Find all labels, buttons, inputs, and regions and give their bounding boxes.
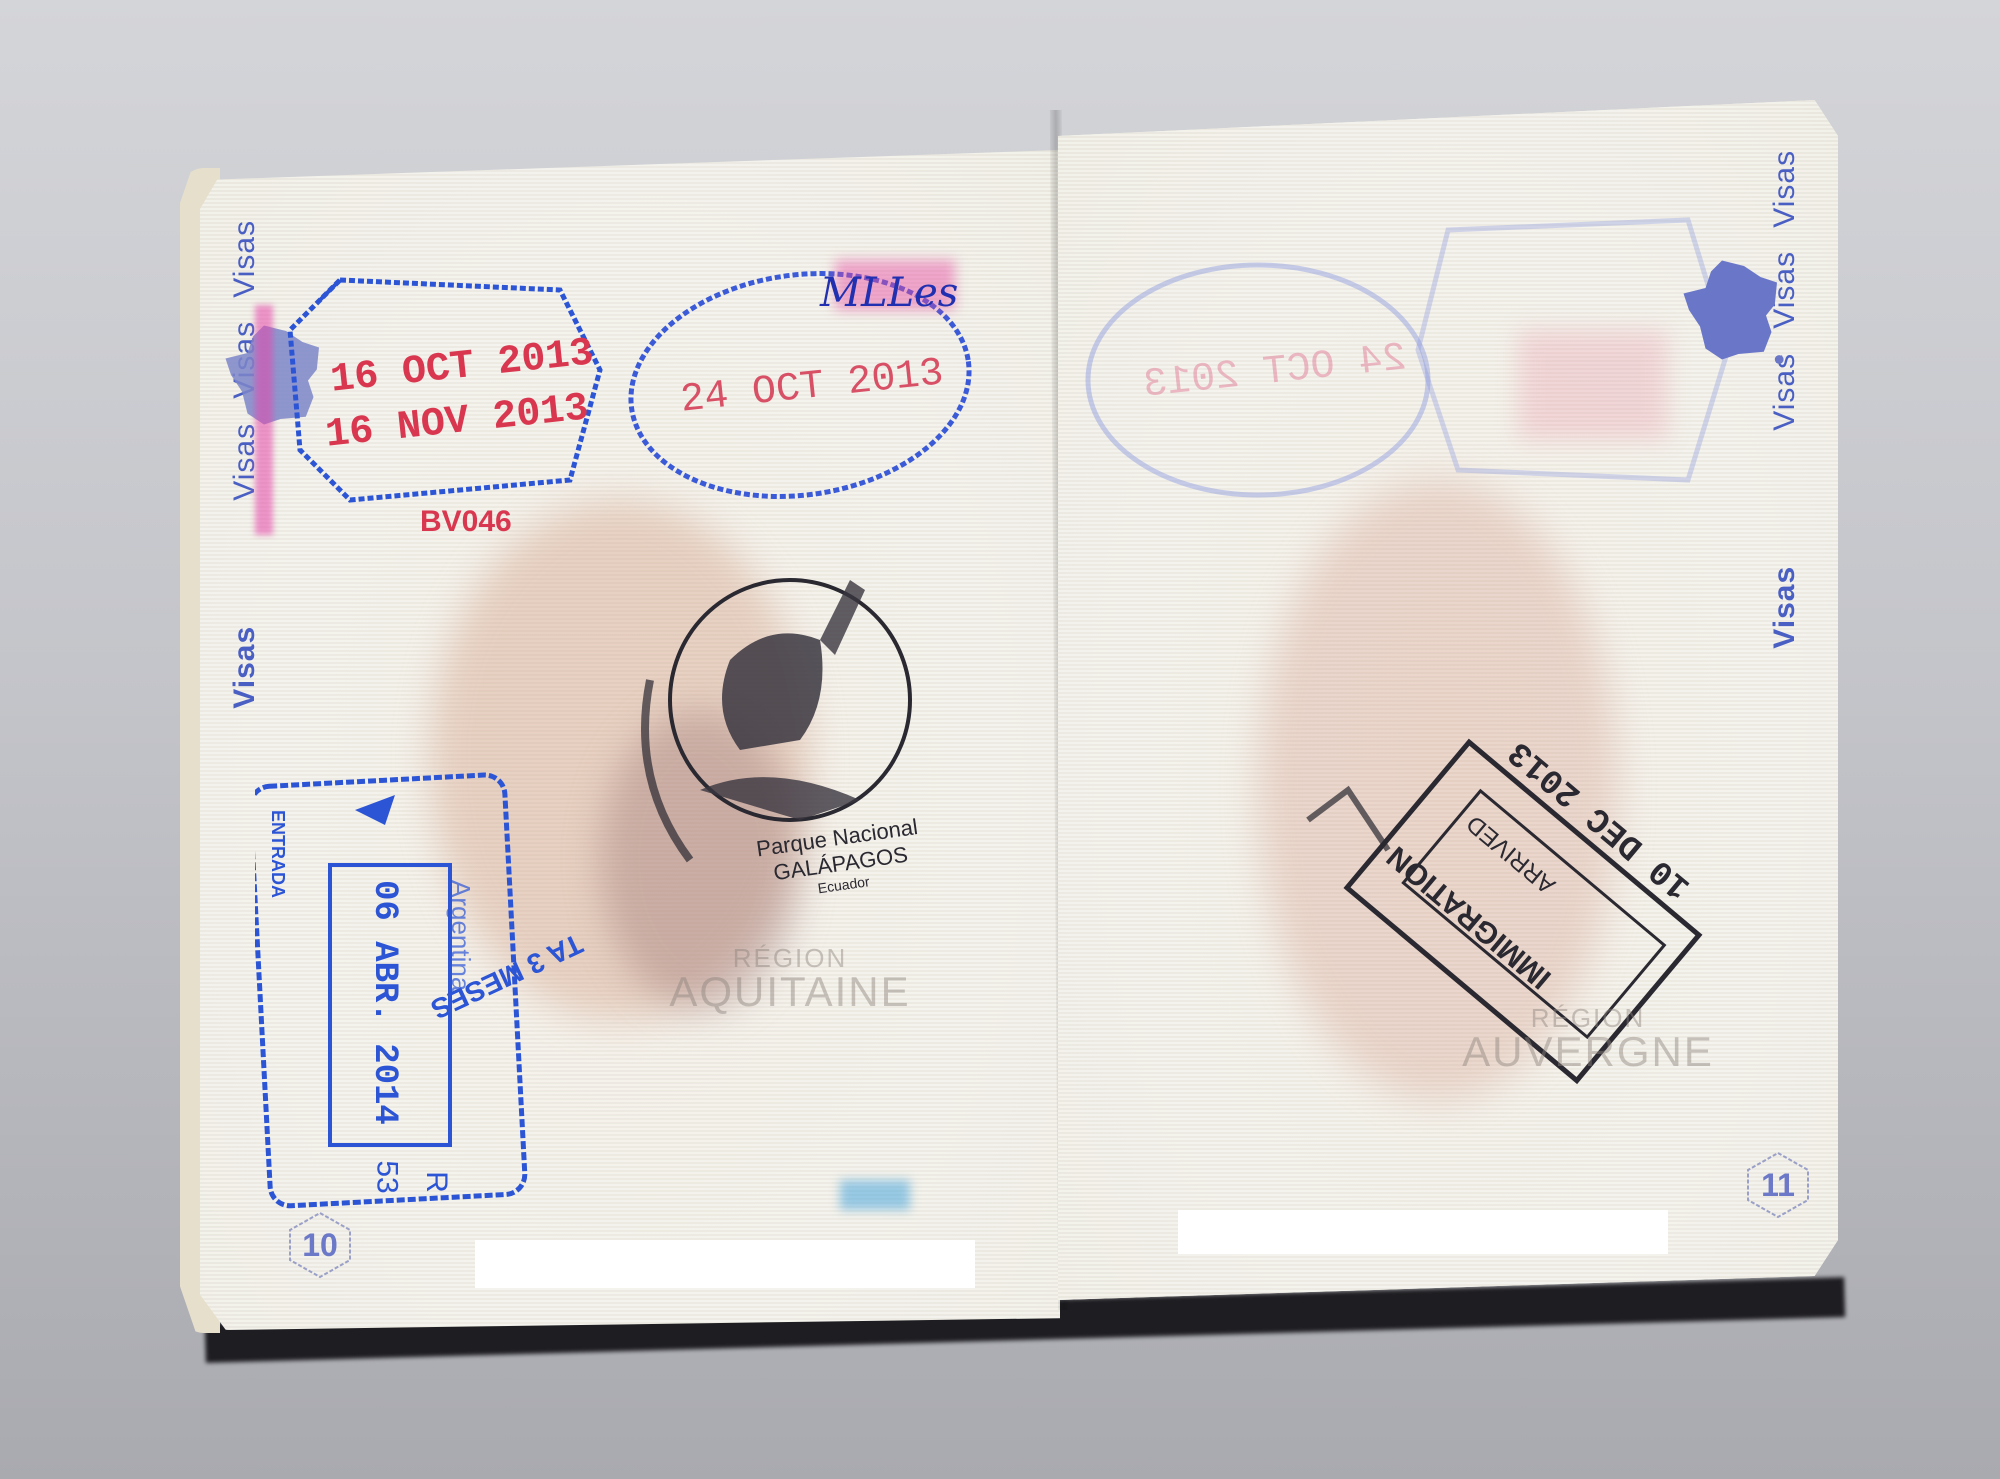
stamp-date: 06 ABR. 2014 <box>365 880 403 1125</box>
region-name: AQUITAINE <box>660 971 920 1013</box>
visas-label-bold: Visas <box>228 626 261 709</box>
hexagon-icon <box>285 1210 355 1280</box>
page-number: 11 <box>1743 1150 1813 1220</box>
bleed-through-stamp: 24 OCT 2013 <box>1078 250 1438 510</box>
left-page: Visas Visas Visas Visas 16 OCT 2013 16 N… <box>200 150 1060 1330</box>
argentina-entry-stamp: ENTRADA Argentina 06 ABR. 2014 R 53 TA 3… <box>255 770 535 1210</box>
region-name: AUVERGNE <box>1458 1031 1718 1073</box>
passport-book: Visas Visas Visas Visas 16 OCT 2013 16 N… <box>0 0 2000 1479</box>
stamp-header: ENTRADA <box>267 810 288 898</box>
stamp-code: BV046 <box>420 505 512 539</box>
blue-ink-mark <box>840 1180 910 1210</box>
page-number: 10 <box>285 1210 355 1280</box>
redacted-field <box>1178 1210 1668 1254</box>
visas-label: Visas <box>228 220 261 298</box>
france-map-icon <box>1678 255 1788 365</box>
stamp-letter: R <box>419 1171 453 1193</box>
region-watermark: RÉGION AUVERGNE <box>1458 1005 1718 1073</box>
pink-ink-mark <box>1518 330 1668 440</box>
hexagon-icon <box>1743 1150 1813 1220</box>
exit-stamp-oval: MLLes 24 OCT 2013 <box>620 260 980 510</box>
entry-stamp-oval: 16 OCT 2013 16 NOV 2013 BV046 <box>280 260 610 510</box>
stamp-number: 53 <box>370 1160 404 1193</box>
pink-ink-mark <box>255 305 273 535</box>
handwritten-signature: MLLes <box>820 270 958 316</box>
right-page: 24 OCT 2013 Visas Visas Visas Visas <box>1058 100 1838 1300</box>
region-watermark: RÉGION AQUITAINE <box>660 945 920 1013</box>
redacted-field <box>475 1240 975 1288</box>
visas-label: Visas <box>1768 150 1801 228</box>
visas-label-bold: Visas <box>1768 566 1801 649</box>
visas-side-label: Visas Visas Visas Visas <box>1768 150 1802 667</box>
galapagos-stamp: Parque Nacional GALÁPAGOS Ecuador <box>620 560 950 920</box>
